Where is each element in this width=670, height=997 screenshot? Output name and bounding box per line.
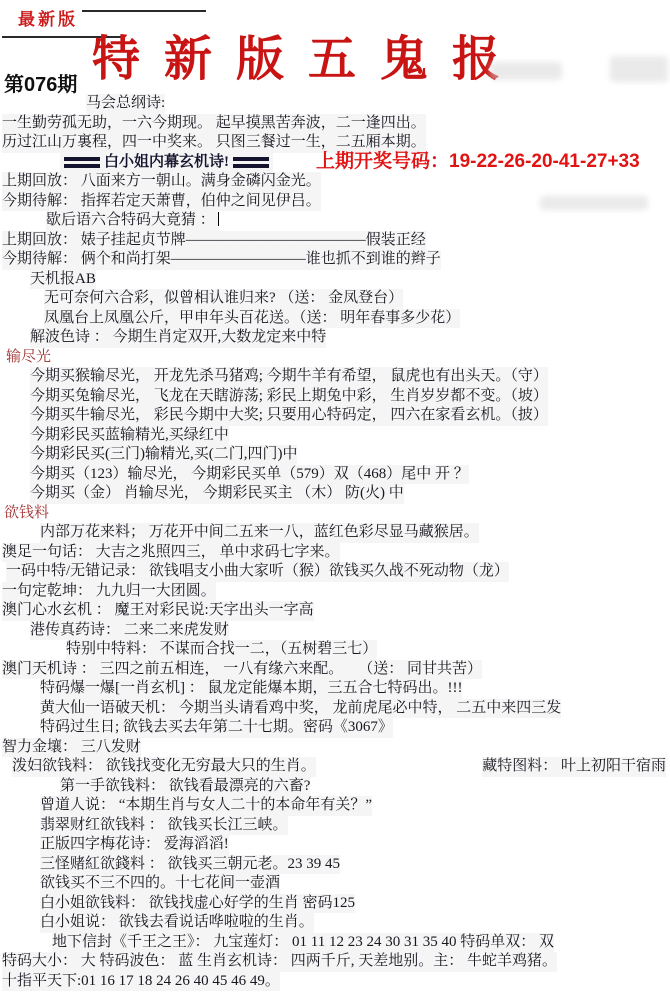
double-bar-icon: [233, 157, 269, 168]
footer-envelope: 地下信封《千王之王》： 九宝莲灯： 01 11 12 23 24 30 31 3…: [52, 933, 554, 953]
shujinguang-line: 今期彩民买蓝输精光,买绿红中: [30, 426, 229, 446]
line-current-pending-2: 今期待解： 俩个和尚打架—————————谁也抓不到谁的辫子: [2, 250, 441, 270]
yuqianliao-powu: 泼妇欲钱料： 欲钱找变化无穷最大只的生肖。: [12, 757, 316, 777]
header-rule-top: [82, 10, 206, 12]
line-current-pending: 今期待解： 指挥若定天萧曹，伯仲之间见伊吕。: [2, 192, 321, 212]
divider-row: 白小姐内幕玄机诗!: [60, 153, 273, 173]
yuqianliao-zengdaoren: 曾道人说： “本期生肖与女人二十的本命年有关？”: [40, 796, 372, 816]
footer-size-line: 特码大小： 大 特码波色： 蓝 生肖玄机诗： 四两千斤, 天差地别。主： 牛蛇羊…: [2, 952, 557, 972]
yuqianliao-diyishou: 第一手欲钱料： 欲钱看最漂亮的六畜?: [60, 777, 310, 797]
latest-edition-badge: 最新版: [18, 5, 78, 30]
double-bar-icon: [64, 157, 100, 168]
yuqianliao-neibu: 内部万花来料； 万花开中间二五来一八，蓝红色彩尽显马藏猴居。: [40, 523, 479, 543]
intro-label: 马会总纲诗:: [86, 94, 165, 114]
section-label-shujinguang: 输尽光: [6, 348, 51, 368]
yuqianliao-huangdaxian: 黄大仙一语破天机： 今期当头请看鸡中奖， 龙前虎尾必中特， 二五中来四三发: [40, 699, 561, 719]
text-cursor: [218, 212, 220, 226]
shujinguang-line: 今期彩民买(三门)输精光,买(二门,四门)中: [30, 445, 297, 465]
tianji-line: 凤凰台上凤凰公斤，甲申年头百花送。（送： 明年春事多少花）: [44, 309, 460, 329]
tianji-line: 无可奈何六合彩，似曾相认谁归来? （送： 金凤登台）: [44, 289, 403, 309]
poem-line: 历过江山万裏程，四一中奖来。 只图三餐过一生，二五厢本期。: [2, 133, 426, 153]
yuqianliao-yaoshi: 港传真药诗： 二来二来虎发财: [30, 621, 229, 641]
section-label-yuqianliao: 欲钱料: [4, 504, 49, 524]
yuqianliao-tebie: 特别中特料： 不谋而合找一二，（五树碧三七）: [66, 640, 377, 660]
jiebose-line: 解波色诗 ： 今期生肖定双开,大数龙定来中特: [30, 328, 326, 348]
yuqianliao-sanguai: 三怪赌紅欲錢料 ： 欲钱买三朝元老。23 39 45: [40, 855, 340, 875]
yuqianliao-baixiaojie-2: 白小姐说： 欲钱去看说话哗啦啦的生肖。: [40, 913, 314, 933]
footer-ten-fingers: 十指平天下:01 16 17 18 24 26 40 45 46 49。: [2, 972, 280, 992]
poem-line: 一生勤劳孤无助，一六今期现。 起早摸黑苦奔波，二一逢四出。: [2, 114, 426, 134]
yuqianliao-baixiaojie-1: 白小姐欲钱料： 欲钱找虚心好学的生肖 密码125: [40, 894, 355, 914]
yuqianliao-cangte: 藏特图料： 叶上初阳干宿雨: [482, 757, 666, 777]
yuqianliao-busan: 欲钱买不三不四的。十七花间一壶酒: [40, 874, 280, 894]
yuqianliao-meihua: 正版四字梅花诗： 爱海滔滔!: [40, 835, 229, 855]
scan-smudge: [490, 62, 562, 80]
yuqianliao-qiankun: 一句定乾坤： 九九归一大团圆。: [2, 582, 216, 602]
shujinguang-line: 今期买（123）输尽光， 今期彩民买单（579）双（468）尾中 开 ？: [30, 465, 469, 485]
yuqianliao-baoyibao: 特码爆一爆[一肖玄机] ： 鼠龙定能爆本期，三五合七特码出。!!!: [40, 679, 462, 699]
shujinguang-line: 今期买猴输尽光， 开龙先杀马猪鸡; 今期牛羊有希望， 鼠虎也有出头天。（守）: [30, 367, 548, 387]
yuqianliao-zhili: 智力金壤： 三八发财: [2, 738, 141, 758]
yuqianliao-tianjishi: 澳门天机诗 ： 三四之前五相连， 一八有缘六来配。 （送： 同甘共苦）: [2, 660, 482, 680]
yuqianliao-shengri: 特码过生日; 欲钱去买去年第二十七期。密码《3067》: [40, 718, 393, 738]
divider-label: 白小姐内幕玄机诗!: [104, 154, 229, 170]
yuqianliao-xinshui: 澳门心水玄机 ： 魔王对彩民说:天字出头一字高: [2, 601, 314, 621]
powu-cangte-row: 泼妇欲钱料： 欲钱找变化无穷最大只的生肖。 藏特图料： 叶上初阳干宿雨: [0, 757, 670, 777]
yuqianliao-feicui: 翡翠财红欲钱料 ： 欲钱买长江三峡。: [40, 816, 288, 836]
yuqianliao-aozu: 澳足一句话： 大吉之兆照四三， 单中求码七字来。: [2, 543, 340, 563]
line-last-review: 上期回放： 八面来方一朝山。满身金磷闪金光。: [2, 172, 321, 192]
tianji-title: 天机报AB: [30, 270, 96, 290]
newspaper-page: 最新版 特新版五鬼报 第076期 上期开奖号码：19-22-26-20-41-2…: [0, 0, 670, 997]
shujinguang-line: 今期买牛输尽光， 彩民今期中大奖; 只要用心特码定， 四六在家看玄机。（披）: [30, 406, 548, 426]
page-title: 特新版五鬼报: [92, 20, 524, 89]
body-content: 马会总纲诗: 一生勤劳孤无助，一六今期现。 起早摸黑苦奔波，二一逢四出。 历过江…: [0, 94, 670, 991]
xiehouyu-text: 歇后语六合特码大竟猜 ：: [46, 212, 215, 228]
shujinguang-line: 今期买（金） 肖输尽光， 今期彩民买主 （木） 防(火) 中: [30, 484, 404, 504]
line-last-review-2: 上期回放： 婊子挂起贞节牌————————————假装正经: [2, 231, 426, 251]
scan-smudge: [610, 56, 668, 82]
issue-number: 第076期: [4, 68, 77, 97]
yuqianliao-yima: 一码中特/无错记录： 欲钱唱支小曲大家听（猴）欲钱买久战不死动物（龙）: [6, 562, 509, 582]
shujinguang-line: 今期买兔输尽光， 飞龙在天瞎游荡; 彩民上期兔中彩， 生肖岁岁都不变。（坡）: [30, 387, 548, 407]
line-xiehouyu-title: 歇后语六合特码大竟猜 ：: [46, 211, 219, 231]
